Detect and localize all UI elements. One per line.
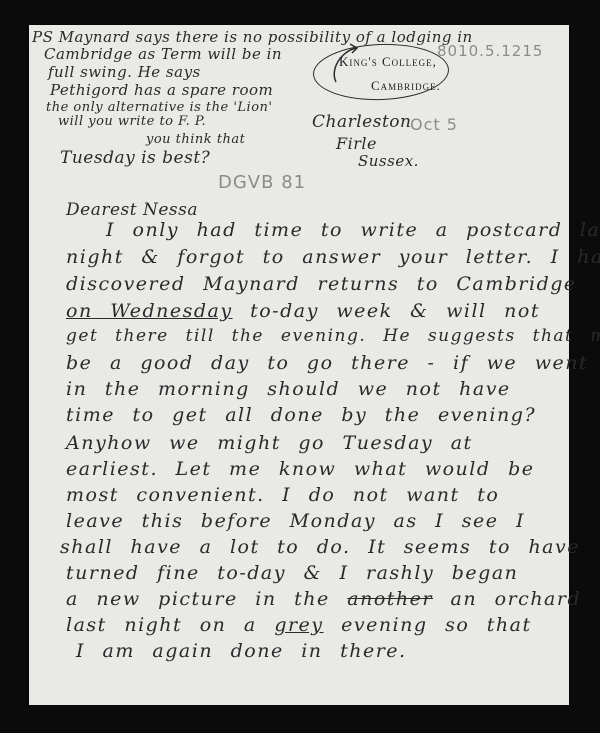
body-line: I only had time to write a postcard last bbox=[106, 219, 600, 241]
letterhead-line1: King's College, bbox=[339, 54, 437, 70]
body-line: Anyhow we might go Tuesday at bbox=[66, 432, 473, 454]
postscript-line: Tuesday is best? bbox=[60, 148, 210, 168]
body-line: earliest. Let me know what would be bbox=[66, 458, 534, 480]
underlined-word: on Wednesday bbox=[66, 300, 233, 322]
postscript-line: full swing. He says bbox=[48, 63, 201, 81]
postscript-line: will you write to F. P. bbox=[58, 114, 206, 129]
address-line: Sussex. bbox=[358, 152, 419, 170]
postscript-line: Pethigord has a spare room bbox=[50, 81, 273, 99]
body-line: a new picture in the another an orchard bbox=[66, 588, 581, 610]
body-line: shall have a lot to do. It seems to have bbox=[60, 536, 580, 558]
letter-date: Oct 5 bbox=[410, 115, 458, 134]
archive-reference: 8010.5.1215 bbox=[437, 42, 543, 60]
postscript-line: the only alternative is the 'Lion' bbox=[46, 100, 273, 115]
address-line: Charleston bbox=[312, 112, 411, 132]
body-fragment: last night on a bbox=[66, 614, 257, 636]
body-fragment: an orchard bbox=[451, 588, 582, 610]
body-line: leave this before Monday as I see I bbox=[66, 510, 525, 532]
body-line: discovered Maynard returns to Cambridge bbox=[66, 273, 577, 295]
letterhead-line2: Cambridge. bbox=[371, 78, 441, 94]
body-fragment: evening so that bbox=[341, 614, 532, 636]
body-line: in the morning should we not have bbox=[66, 378, 511, 400]
postscript-line: Cambridge as Term will be in bbox=[44, 45, 282, 63]
body-line: I am again done in there. bbox=[76, 640, 407, 662]
catalogue-reference: DGVB 81 bbox=[218, 172, 306, 193]
body-line: be a good day to go there - if we went bbox=[66, 352, 588, 374]
body-line: turned fine to-day & I rashly began bbox=[66, 562, 518, 584]
postscript-line: you think that bbox=[146, 132, 245, 147]
body-line: on Wednesday to-day week & will not bbox=[66, 300, 540, 322]
underlined-word: grey bbox=[274, 614, 323, 636]
body-line: get there till the evening. He suggests … bbox=[66, 326, 600, 346]
address-line: Firle bbox=[336, 134, 377, 153]
body-line: night & forgot to answer your letter. I … bbox=[66, 246, 600, 268]
body-fragment: to-day week & will not bbox=[250, 300, 540, 322]
body-line: time to get all done by the evening? bbox=[66, 404, 536, 426]
body-fragment: a new picture in the bbox=[66, 588, 330, 610]
postscript-line: PS Maynard says there is no possibility … bbox=[32, 28, 473, 46]
body-line: last night on a grey evening so that bbox=[66, 614, 532, 636]
body-line: most convenient. I do not want to bbox=[66, 484, 499, 506]
salutation: Dearest Nessa bbox=[66, 200, 198, 220]
struck-word: another bbox=[347, 588, 433, 610]
